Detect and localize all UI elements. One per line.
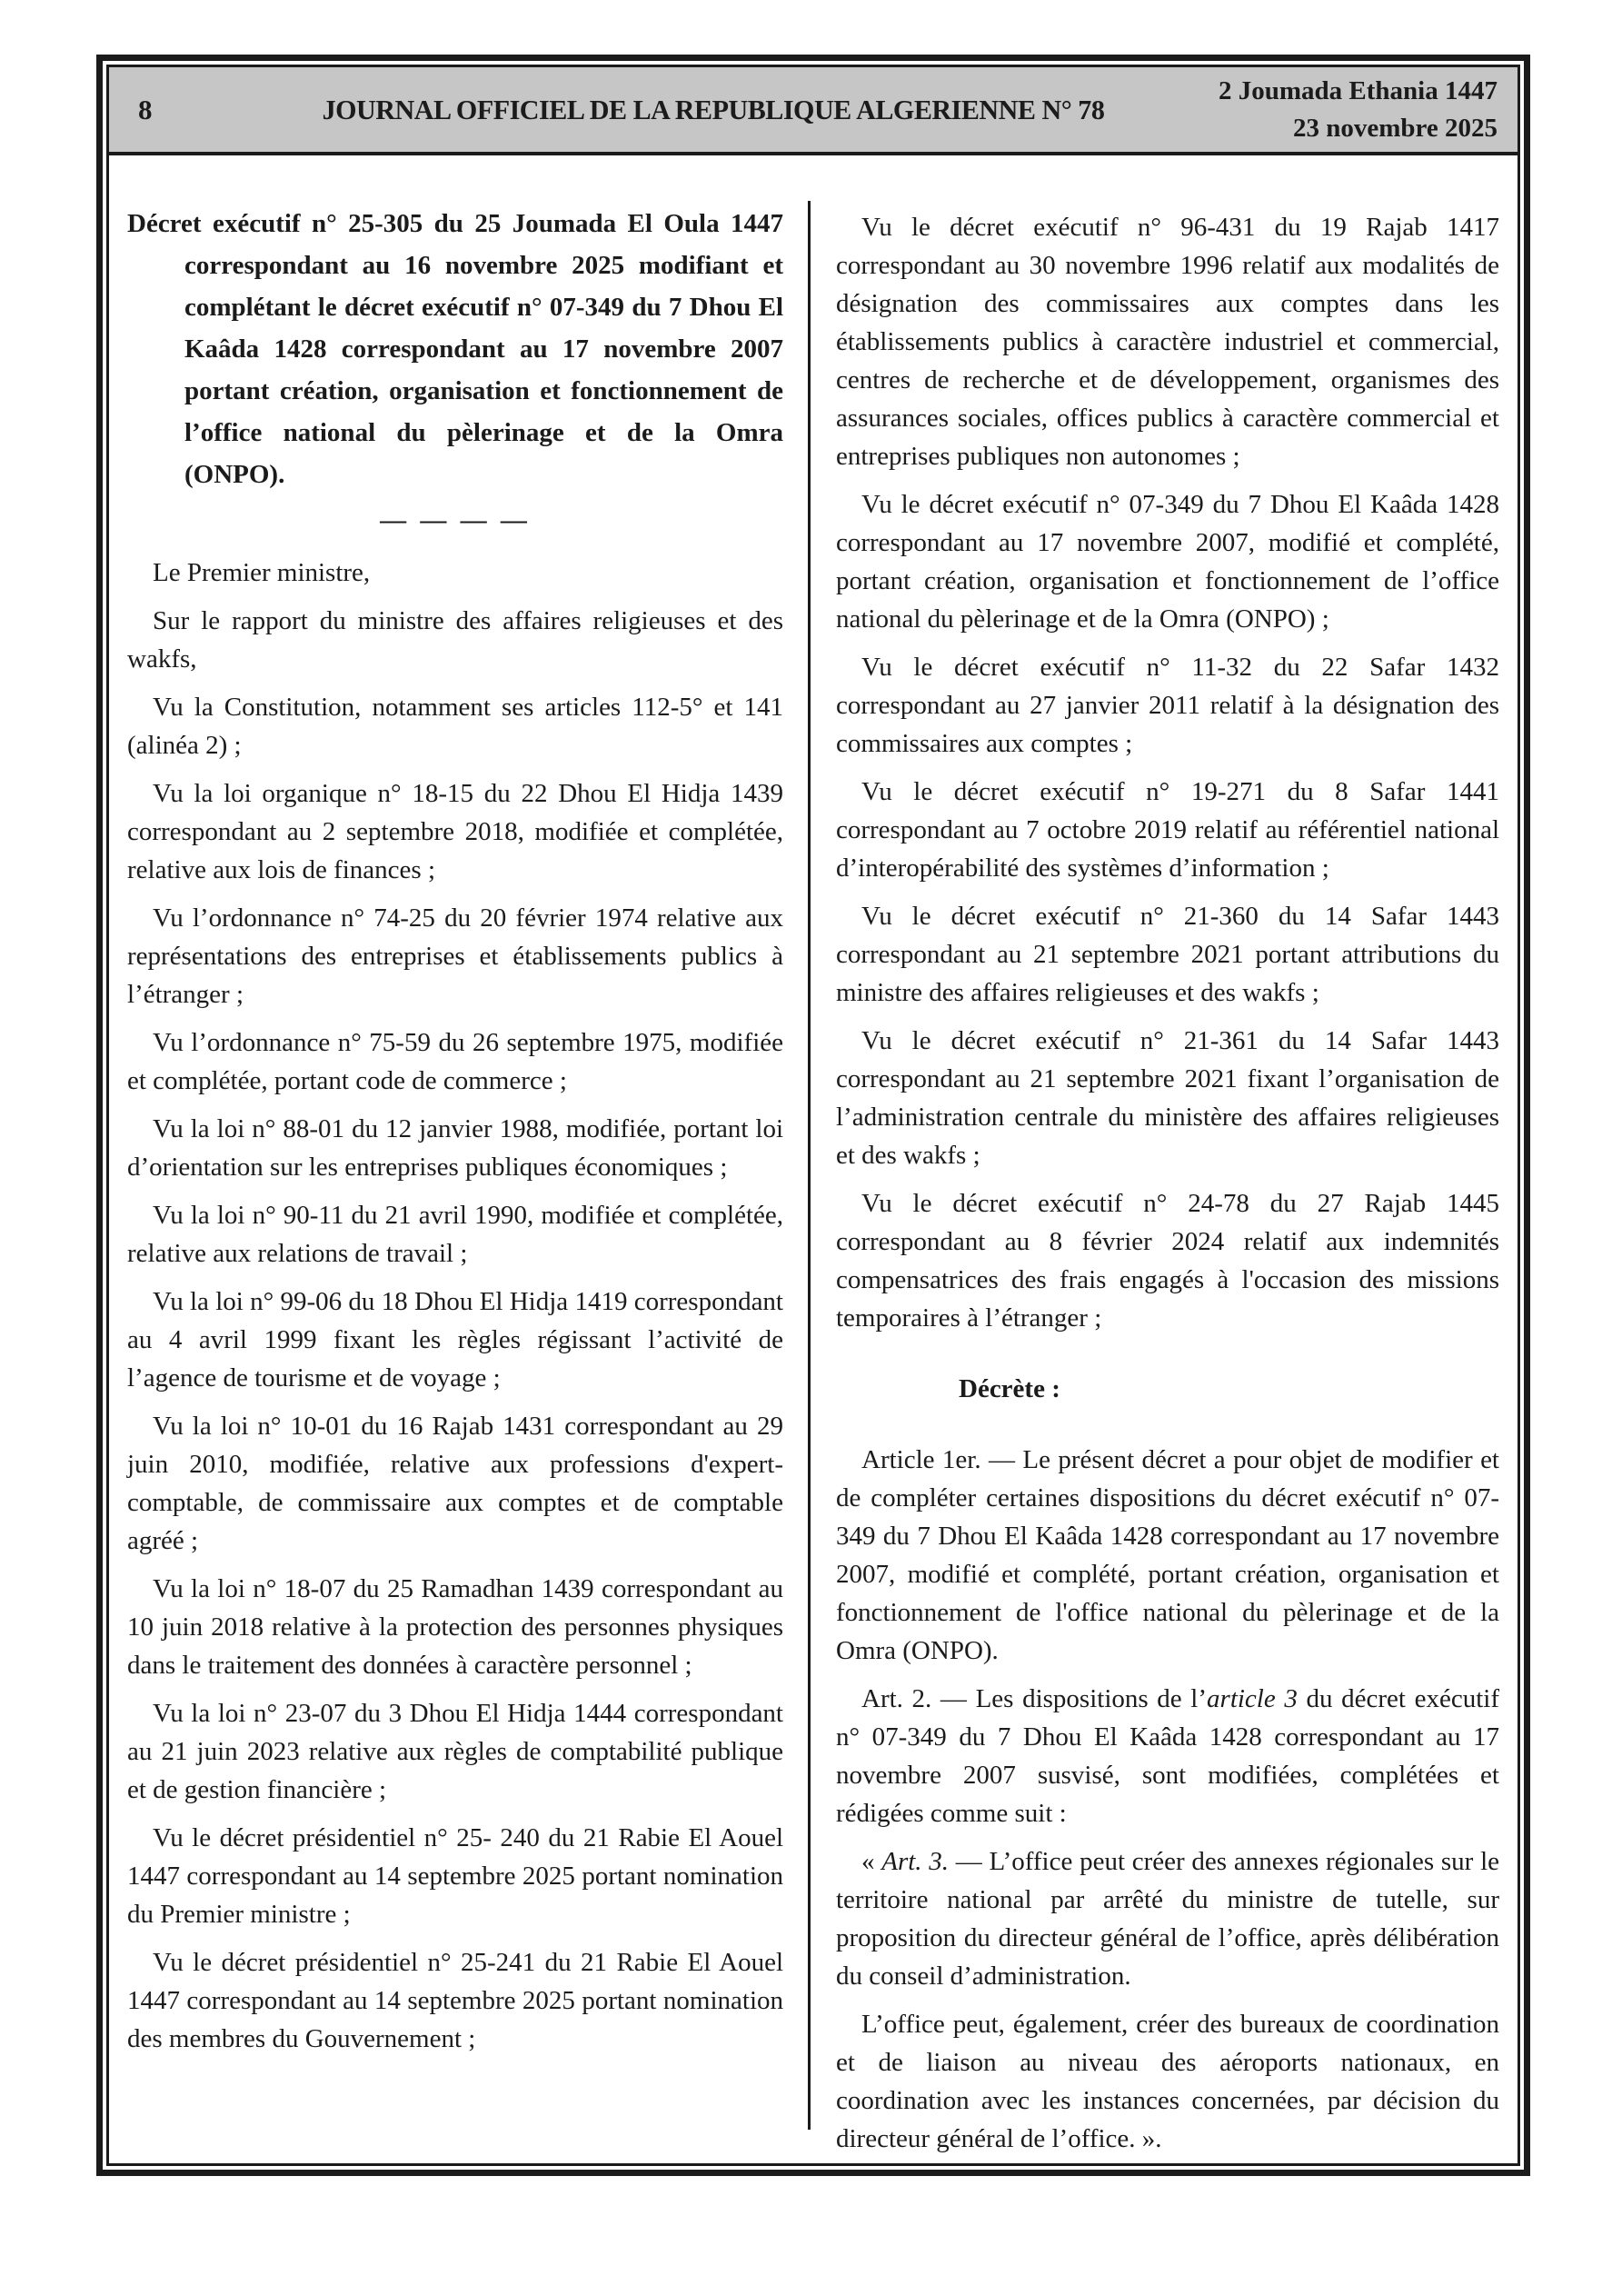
page-number: 8 bbox=[109, 94, 238, 126]
decree-title: Décret exécutif n° 25-305 du 25 Joumada … bbox=[127, 203, 783, 495]
page-frame: 8 JOURNAL OFFICIEL DE LA REPUBLIQUE ALGE… bbox=[96, 55, 1530, 2176]
paragraph: Vu le décret exécutif n° 11-32 du 22 Saf… bbox=[836, 648, 1499, 763]
paragraph: Vu le décret présidentiel n° 25- 240 du … bbox=[127, 1819, 783, 1933]
text-segment: Décrète : bbox=[959, 1374, 1060, 1403]
text-segment: Vu l’ordonnance n° 74-25 du 20 février 1… bbox=[127, 903, 783, 1009]
text-segment: Vu le décret exécutif n° 21-361 du 14 Sa… bbox=[836, 1026, 1499, 1170]
text-segment: Vu le décret exécutif n° 96-431 du 19 Ra… bbox=[836, 213, 1499, 471]
paragraph: Vu la loi n° 88-01 du 12 janvier 1988, m… bbox=[127, 1110, 783, 1186]
text-segment: Vu le décret exécutif n° 21-360 du 14 Sa… bbox=[836, 902, 1499, 1007]
paragraph: Vu le décret exécutif n° 96-431 du 19 Ra… bbox=[836, 208, 1499, 475]
text-segment: Vu la loi n° 18-07 du 25 Ramadhan 1439 c… bbox=[127, 1574, 783, 1680]
paragraph: Article 1er. — Le présent décret a pour … bbox=[836, 1441, 1499, 1670]
text-segment: article 3 bbox=[1207, 1684, 1298, 1713]
text-segment: Décret exécutif n° 25-305 du 25 Joumada … bbox=[127, 209, 783, 489]
paragraph: « Art. 3. — L’office peut créer des anne… bbox=[836, 1842, 1499, 1995]
paragraph: Vu le décret exécutif n° 24-78 du 27 Raj… bbox=[836, 1184, 1499, 1337]
paragraph: Vu la loi n° 23-07 du 3 Dhou El Hidja 14… bbox=[127, 1694, 783, 1809]
header-band: 8 JOURNAL OFFICIEL DE LA REPUBLIQUE ALGE… bbox=[109, 67, 1518, 155]
text-segment: Vu la loi n° 88-01 du 12 janvier 1988, m… bbox=[127, 1114, 783, 1182]
text-segment: Vu le décret exécutif n° 19-271 du 8 Saf… bbox=[836, 777, 1499, 883]
paragraph: Vu la loi n° 99-06 du 18 Dhou El Hidja 1… bbox=[127, 1283, 783, 1397]
dash-separator: — — — — bbox=[127, 501, 783, 539]
text-segment: Vu le décret présidentiel n° 25- 240 du … bbox=[127, 1823, 783, 1929]
text-segment: Vu la loi n° 99-06 du 18 Dhou El Hidja 1… bbox=[127, 1287, 783, 1393]
text-segment: L’office peut, également, créer des bure… bbox=[836, 2010, 1499, 2153]
text-segment: Vu la loi n° 10-01 du 16 Rajab 1431 corr… bbox=[127, 1412, 783, 1555]
text-segment: Vu le décret exécutif n° 11-32 du 22 Saf… bbox=[836, 653, 1499, 758]
paragraph: Vu la loi n° 18-07 du 25 Ramadhan 1439 c… bbox=[127, 1570, 783, 1684]
paragraph: Vu le décret exécutif n° 21-360 du 14 Sa… bbox=[836, 897, 1499, 1012]
text-segment: Art. 3. bbox=[881, 1847, 949, 1876]
text-segment: « bbox=[861, 1847, 881, 1876]
gregorian-date: 23 novembre 2025 bbox=[1189, 110, 1498, 147]
paragraph: Vu la loi n° 10-01 du 16 Rajab 1431 corr… bbox=[127, 1407, 783, 1560]
paragraph: Sur le rapport du ministre des affaires … bbox=[127, 602, 783, 678]
text-segment: Vu la loi n° 90-11 du 21 avril 1990, mod… bbox=[127, 1201, 783, 1268]
paragraph: Vu l’ordonnance n° 74-25 du 20 février 1… bbox=[127, 899, 783, 1013]
paragraph: Vu la loi organique n° 18-15 du 22 Dhou … bbox=[127, 774, 783, 889]
right-column: Vu le décret exécutif n° 96-431 du 19 Ra… bbox=[836, 208, 1499, 2168]
text-segment: Vu l’ordonnance n° 75-59 du 26 septembre… bbox=[127, 1028, 783, 1095]
text-segment: Vu la loi n° 23-07 du 3 Dhou El Hidja 14… bbox=[127, 1699, 783, 1804]
text-segment: Vu le décret exécutif n° 24-78 du 27 Raj… bbox=[836, 1189, 1499, 1333]
paragraph: Vu la Constitution, notamment ses articl… bbox=[127, 688, 783, 764]
text-segment: Article 1er. — Le présent décret a pour … bbox=[836, 1445, 1499, 1665]
paragraph: Vu le décret exécutif n° 07-349 du 7 Dho… bbox=[836, 485, 1499, 638]
paragraph: Le Premier ministre, bbox=[127, 554, 783, 592]
paragraph: Art. 2. — Les dispositions de l’article … bbox=[836, 1680, 1499, 1832]
paragraph: Vu le décret exécutif n° 21-361 du 14 Sa… bbox=[836, 1022, 1499, 1174]
paragraph: Vu le décret exécutif n° 19-271 du 8 Saf… bbox=[836, 773, 1499, 887]
text-segment: Vu le décret exécutif n° 07-349 du 7 Dho… bbox=[836, 490, 1499, 634]
text-segment: Vu le décret présidentiel n° 25-241 du 2… bbox=[127, 1948, 783, 2053]
decrete-heading: Décrète : bbox=[959, 1370, 1499, 1408]
paragraph: Vu le décret présidentiel n° 25-241 du 2… bbox=[127, 1943, 783, 2058]
paragraph: Vu l’ordonnance n° 75-59 du 26 septembre… bbox=[127, 1023, 783, 1100]
left-column: Décret exécutif n° 25-305 du 25 Joumada … bbox=[127, 203, 783, 2068]
text-segment: Vu la loi organique n° 18-15 du 22 Dhou … bbox=[127, 779, 783, 884]
paragraph: Vu la loi n° 90-11 du 21 avril 1990, mod… bbox=[127, 1196, 783, 1273]
header-dates: 2 Joumada Ethania 1447 23 novembre 2025 bbox=[1189, 73, 1518, 147]
paragraph: L’office peut, également, créer des bure… bbox=[836, 2005, 1499, 2158]
text-segment: Sur le rapport du ministre des affaires … bbox=[127, 606, 783, 674]
page-content: Décret exécutif n° 25-305 du 25 Joumada … bbox=[109, 155, 1518, 2163]
text-segment: Vu la Constitution, notamment ses articl… bbox=[127, 693, 783, 760]
text-segment: — — — — bbox=[380, 505, 531, 534]
column-divider bbox=[808, 201, 811, 2130]
hijri-date: 2 Joumada Ethania 1447 bbox=[1189, 73, 1498, 110]
page-inner-frame: 8 JOURNAL OFFICIEL DE LA REPUBLIQUE ALGE… bbox=[106, 65, 1520, 2166]
journal-title: JOURNAL OFFICIEL DE LA REPUBLIQUE ALGERI… bbox=[253, 94, 1175, 126]
text-segment: Art. 2. — Les dispositions de l’ bbox=[861, 1684, 1207, 1713]
text-segment: Le Premier ministre, bbox=[153, 558, 370, 587]
